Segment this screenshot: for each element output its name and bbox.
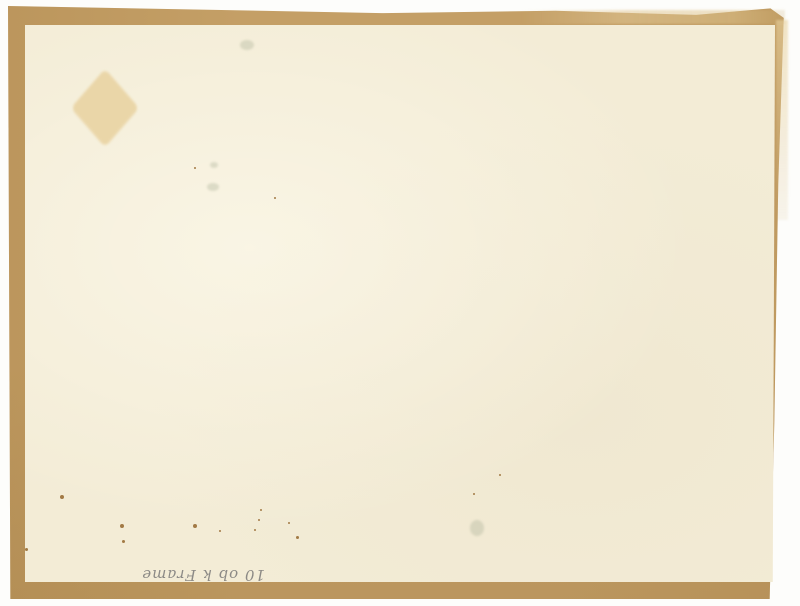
- foxing-speck: [60, 495, 64, 499]
- faint-smudge: [210, 162, 218, 168]
- paper-sheet: [25, 25, 775, 582]
- tape-border-worn-right: [776, 20, 788, 220]
- faint-smudge: [470, 520, 484, 536]
- faint-smudge: [240, 40, 254, 50]
- faint-smudge: [207, 183, 219, 191]
- tape-border-worn-top: [520, 10, 785, 24]
- handwritten-note: 10 ob k Frame: [95, 566, 265, 584]
- foxing-speck: [25, 548, 28, 551]
- foxing-speck: [122, 540, 125, 543]
- foxing-speck: [296, 536, 299, 539]
- foxing-speck: [193, 524, 197, 528]
- foxing-speck: [120, 524, 124, 528]
